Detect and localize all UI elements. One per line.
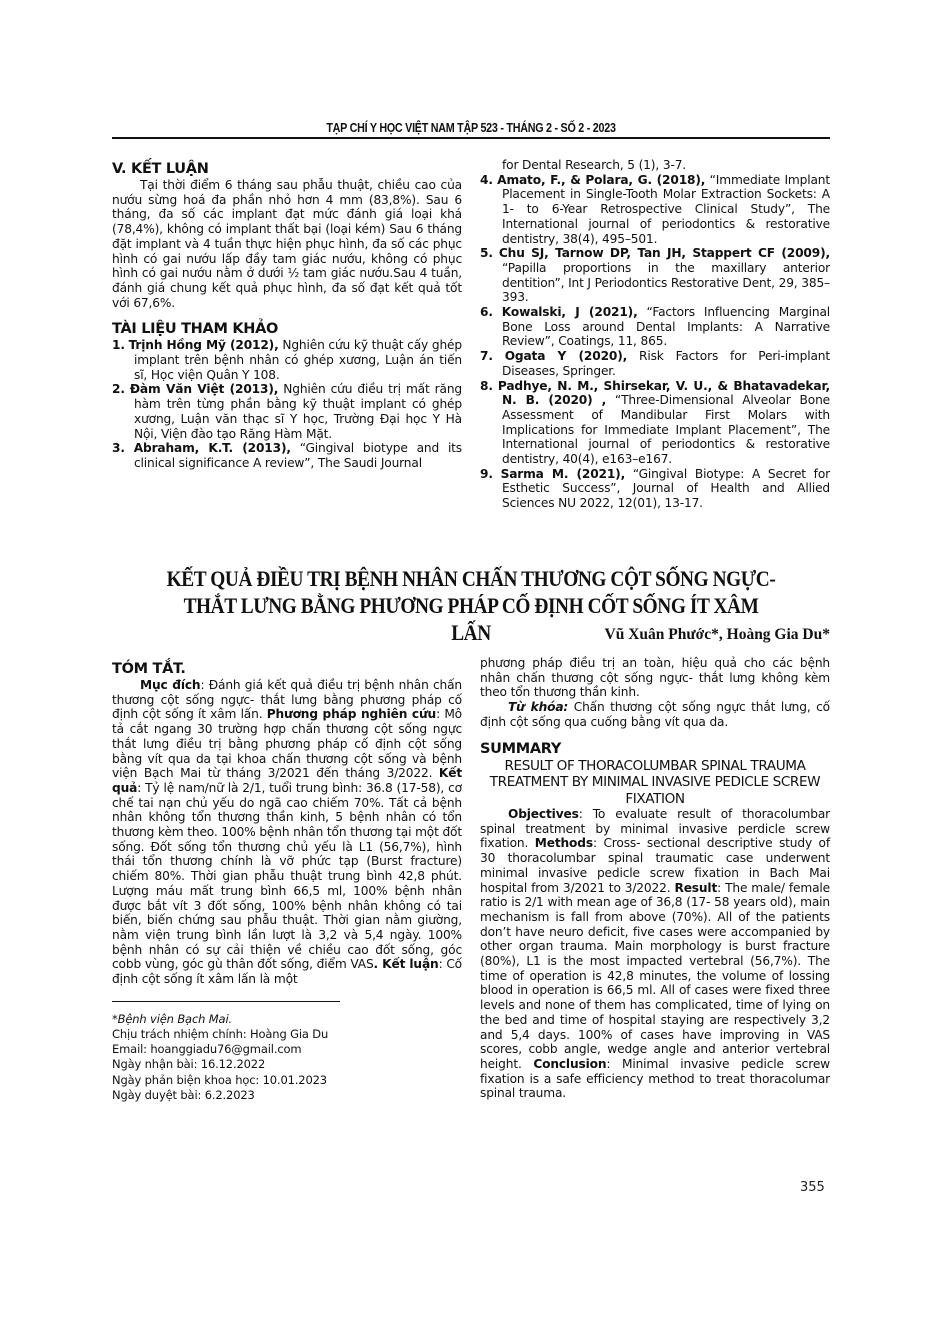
- objectives-label: Objectives: [508, 807, 579, 821]
- reference-number: 5.: [480, 246, 493, 260]
- abstract-vi-column: TÓM TẮT. Mục đích: Đánh giá kết quả điều…: [112, 660, 462, 1103]
- reference-item: 4. Amato, F., & Polara, G. (2018), “Imme…: [480, 173, 830, 247]
- reference-number: 2.: [112, 382, 125, 396]
- summary-body: Objectives: To evaluate result of thorac…: [480, 807, 830, 1101]
- summary-column: phương pháp điều trị an toàn, hiệu quả c…: [480, 656, 830, 1101]
- page-number: 355: [800, 1180, 825, 1195]
- conclusion-body: Tại thời điểm 6 tháng sau phẫu thuật, ch…: [112, 178, 462, 310]
- reference-authors: Ogata Y (2020),: [505, 349, 627, 363]
- reference-number: 6.: [480, 305, 493, 319]
- results-text: : Tỷ lệ nam/nữ là 2/1, tuổi trung bình: …: [112, 781, 462, 971]
- affiliation: *Bệnh viện Bạch Mai.: [112, 1012, 462, 1027]
- conclusion-text-continued: phương pháp điều trị an toàn, hiệu quả c…: [480, 656, 830, 700]
- keywords-label: Từ khóa:: [508, 700, 568, 714]
- reference-item: 8. Padhye, N. M., Shirsekar, V. U., & Bh…: [480, 379, 830, 467]
- reference-item: 9. Sarma M. (2021), “Gingival Biotype: A…: [480, 467, 830, 511]
- result-text-en: : The male/ female ratio is 2/1 with mea…: [480, 881, 830, 1071]
- keywords: Từ khóa: Chấn thương cột sống ngực thắt …: [480, 700, 830, 729]
- reference-item: 6. Kowalski, J (2021), “Factors Influenc…: [480, 305, 830, 349]
- reference-item: 7. Ogata Y (2020), Risk Factors for Peri…: [480, 349, 830, 378]
- reference-number: 1.: [112, 338, 125, 352]
- abstract-vi-body: Mục đích: Đánh giá kết quả điều trị bệnh…: [112, 678, 462, 987]
- reference-authors: Abraham, K.T. (2013),: [134, 441, 291, 455]
- references-heading: TÀI LIỆU THAM KHẢO: [112, 320, 462, 338]
- summary-title: RESULT OF THORACOLUMBAR SPINAL TRAUMA TR…: [480, 758, 830, 808]
- article-title-line-1: KẾT QUẢ ĐIỀU TRỊ BỆNH NHÂN CHẤN THƯƠNG C…: [162, 565, 779, 592]
- footnote: *Bệnh viện Bạch Mai. Chịu trách nhiệm ch…: [112, 1012, 462, 1103]
- reference-number: 7.: [480, 349, 493, 363]
- reference-number: 9.: [480, 467, 493, 481]
- abstract-vi-heading: TÓM TẮT.: [112, 660, 462, 678]
- reference-text: “Papilla proportions in the maxillary an…: [502, 261, 830, 304]
- reference-item: 3. Abraham, K.T. (2013), “Gingival bioty…: [112, 441, 462, 470]
- summary-heading: SUMMARY: [480, 740, 830, 758]
- purpose-label: Mục đích: [140, 678, 200, 692]
- reference-item: 2. Đàm Văn Việt (2013), Nghiên cứu điều …: [112, 382, 462, 441]
- reference-authors: Kowalski, J (2021),: [502, 305, 638, 319]
- review-date: Ngày phản biện khoa học: 10.01.2023: [112, 1073, 462, 1088]
- responsible-author: Chịu trách nhiệm chính: Hoàng Gia Du: [112, 1027, 462, 1042]
- reference-item: 5. Chu SJ, Tarnow DP, Tan JH, Stappert C…: [480, 246, 830, 305]
- email: Email: hoanggiadu76@gmail.com: [112, 1042, 462, 1057]
- footnote-rule: [112, 1001, 340, 1002]
- conclusion-label-en: Conclusion: [533, 1057, 606, 1071]
- methods-label-en: Methods: [535, 836, 593, 850]
- top-right-column: for Dental Research, 5 (1), 3-7. 4. Amat…: [480, 158, 830, 511]
- reference-number: 8.: [480, 379, 493, 393]
- reference-item: 1. Trịnh Hồng Mỹ (2012), Nghiên cứu kỹ t…: [112, 338, 462, 382]
- journal-header: TẠP CHÍ Y HỌC VIỆT NAM TẬP 523 - THÁNG 2…: [162, 121, 779, 135]
- result-label-en: Result: [674, 881, 717, 895]
- reference-number: 4.: [480, 173, 493, 187]
- reference-number: 3.: [112, 441, 125, 455]
- conclusion-label: . Kết luận: [374, 957, 439, 971]
- conclusion-heading: V. KẾT LUẬN: [112, 160, 462, 178]
- top-left-column: V. KẾT LUẬN Tại thời điểm 6 tháng sau ph…: [112, 160, 462, 471]
- reference-authors: Đàm Văn Việt (2013),: [130, 382, 278, 396]
- reference-authors: Sarma M. (2021),: [501, 467, 626, 481]
- reference-authors: Chu SJ, Tarnow DP, Tan JH, Stappert CF (…: [499, 246, 830, 260]
- reference-authors: Amato, F., & Polara, G. (2018),: [497, 173, 705, 187]
- article-authors: Vũ Xuân Phước*, Hoàng Gia Du*: [500, 626, 830, 644]
- reference-authors: Trịnh Hồng Mỹ (2012),: [129, 338, 279, 352]
- reference-continuation: for Dental Research, 5 (1), 3-7.: [480, 158, 830, 173]
- header-rule: [112, 137, 830, 139]
- received-date: Ngày nhận bài: 16.12.2022: [112, 1057, 462, 1072]
- methods-label: Phương pháp nghiên cứu: [267, 707, 436, 721]
- accepted-date: Ngày duyệt bài: 6.2.2023: [112, 1088, 462, 1103]
